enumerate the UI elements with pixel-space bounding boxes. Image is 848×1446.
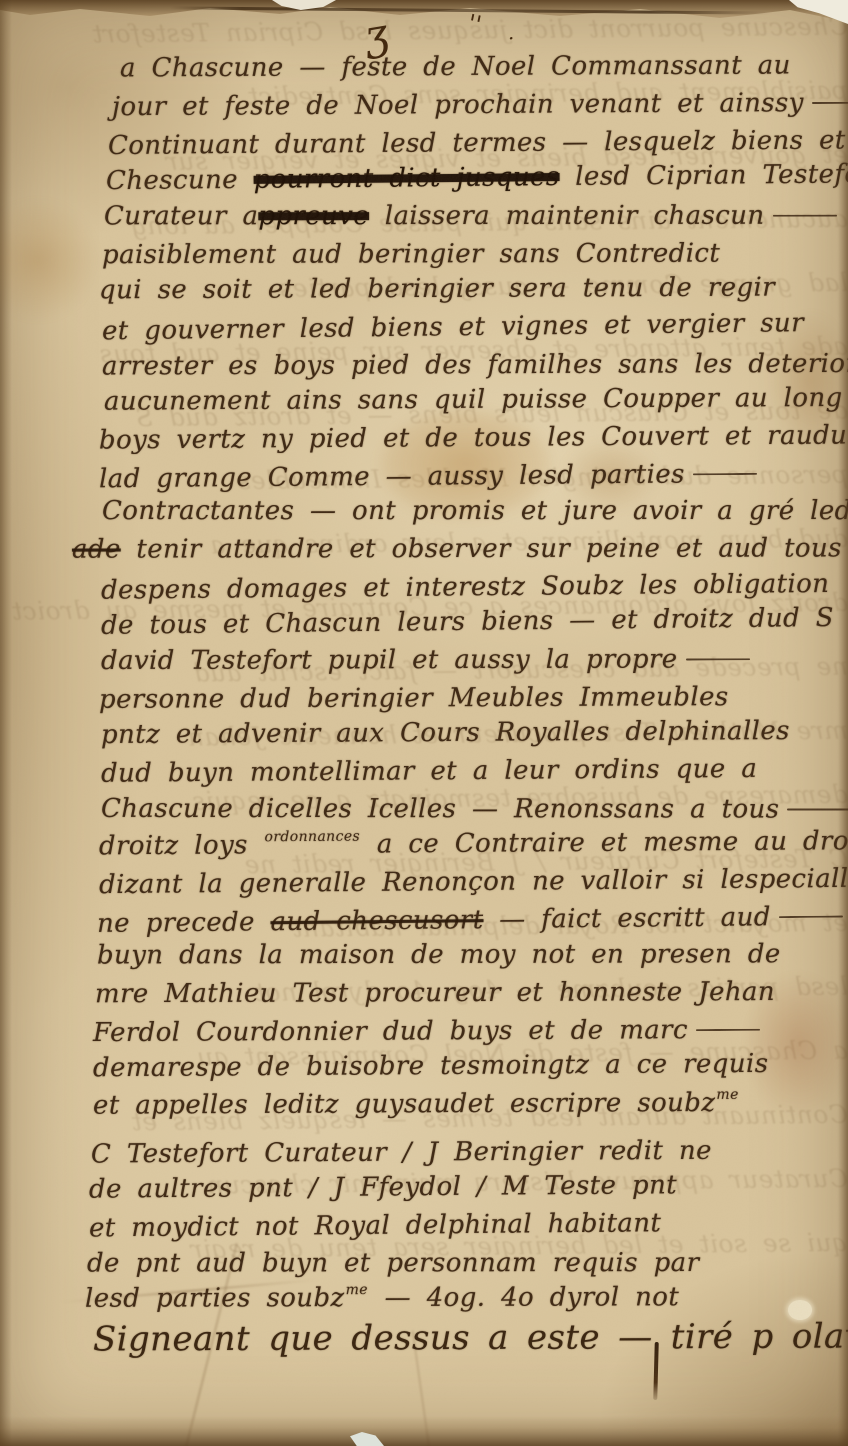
handwritten-text: — 4og. 4o dyrol not [369, 1282, 679, 1313]
handwritten-text: demarespe de buisobre tesmoingtz a ce re… [93, 1049, 769, 1083]
handwritten-text: de tous et Chascun leurs biens — et droi… [101, 603, 834, 641]
handwritten-text: boys vertz ny pied et de tous les Couver… [99, 420, 848, 455]
handwritten-text: Continuant durant lesd termes — lesquelz… [108, 125, 846, 161]
manuscript-line: paisiblement aud beringier sans Contredi… [102, 235, 848, 274]
handwritten-text: personne dud beringier Meubles Immeubles [99, 682, 729, 715]
manuscript-line: Chascune dicelles Icelles — Renonssans a… [101, 791, 848, 829]
superscript-text: me [716, 1077, 739, 1114]
handwritten-text: a Chascune — feste de Noel Commanssant a… [120, 50, 791, 83]
paper-tear [350, 1432, 384, 1446]
manuscript-line: a Chascune — feste de Noel Commanssant a… [120, 47, 848, 87]
handwritten-text: buyn dans la maison de moy not en presen… [97, 939, 781, 970]
manuscript-line: de pnt aud buyn et personnam requis par [87, 1245, 848, 1283]
manuscript-line: jour et feste de Noel prochain venant et… [112, 85, 848, 126]
handwritten-text: aucunement ains sans quil puisse Coupper… [104, 383, 843, 417]
handwritten-text: et appelles leditz guysaudet escripre so… [93, 1088, 716, 1121]
manuscript-text-block: a Chascune — feste de Noel Commanssant a… [0, 50, 848, 1362]
manuscript-page: Chescune pourront dict jusques lesd Cipr… [0, 0, 848, 1446]
handwritten-text: qui se soit et led beringier sera tenu d… [99, 273, 775, 306]
superscript-text: ordonnances [264, 819, 360, 857]
handwritten-text: a ce Contraire et mesme au droict [361, 826, 848, 860]
manuscript-line: ade tenir attandre et observer sur peine… [72, 530, 848, 568]
manuscript-line: lesd parties soubzme — 4og. 4o dyrol not [85, 1279, 848, 1318]
handwritten-text: et gouverner lesd biens et vignes et ver… [102, 308, 804, 346]
handwritten-text: Signeant que dessus a este — tiré p olav… [93, 1316, 848, 1359]
handwritten-text: — faict escritt aud [483, 902, 771, 935]
struck-out-text: ppreuve [258, 201, 369, 231]
struck-out-text: ade [72, 535, 121, 565]
paper-tear [776, 0, 848, 24]
handwritten-text: ne precede [97, 907, 271, 939]
handwritten-text: paisiblement aud beringier sans Contredi… [102, 239, 720, 271]
manuscript-line: dizant la generalle Renonçon ne valloir … [99, 861, 848, 904]
manuscript-line: de tous et Chascun leurs biens — et droi… [101, 600, 848, 645]
manuscript-line: david Testefort pupil et aussy la propre [101, 641, 848, 680]
manuscript-line: Chescune pourront dict jusques lesd Cipr… [106, 156, 848, 200]
manuscript-line: aucunement ains sans quil puisse Coupper… [104, 380, 848, 421]
manuscript-line: lad grange Comme — aussy lesd parties [99, 455, 848, 498]
manuscript-line: dud buyn montellimar et a leur ordins qu… [101, 750, 848, 792]
torn-edge-top [0, 0, 848, 26]
handwritten-text: pntz et advenir aux Cours Royalles delph… [101, 716, 790, 750]
manuscript-line: Curateur appreuve laissera maintenir cha… [104, 198, 848, 236]
handwritten-text: Ferdol Courdonnier dud buys et de marc [93, 1015, 688, 1048]
handwritten-text: droitz loys [99, 830, 264, 861]
handwritten-text: de aultres pnt ∕ J Ffeydol ∕ M Teste pnt [89, 1170, 677, 1204]
handwritten-text: Contractantes — ont promis et jure avoir… [102, 496, 848, 526]
manuscript-line: de aultres pnt ∕ J Ffeydol ∕ M Teste pnt [89, 1166, 848, 1209]
handwritten-text: C Testefort Curateur ∕ J Beringier redit… [91, 1136, 712, 1170]
ink-flourish-tail [653, 1342, 659, 1400]
manuscript-line: et gouverner lesd biens et vignes et ver… [102, 305, 848, 351]
handwritten-text: laissera maintenir chascun [369, 201, 765, 231]
struck-out-text: pourront dict jusques [254, 162, 560, 195]
handwritten-text: dizant la generalle Renonçon ne valloir … [99, 864, 848, 900]
handwritten-text: lesd parties soubz [85, 1283, 345, 1314]
manuscript-line: et appelles leditz guysaudet escripre so… [93, 1084, 848, 1124]
ink-mark: · [508, 26, 514, 50]
manuscript-line: droitz loys ordonnances a ce Contraire e… [99, 823, 848, 865]
struck-out-text: aud chescusort [270, 905, 483, 937]
handwritten-text: lesd Ciprian Testefort [559, 159, 848, 192]
fold-line [170, 6, 770, 14]
handwritten-text: lad grange Comme — aussy lesd parties [99, 459, 685, 494]
handwritten-text: et moydict not Royal delphinal habitant [89, 1208, 662, 1243]
manuscript-line: mre Mathieu Test procureur et honneste J… [95, 974, 848, 1013]
handwritten-text: tenir attandre et observer sur peine et … [121, 533, 842, 564]
handwritten-text: de pnt aud buyn et personnam requis par [87, 1248, 699, 1279]
manuscript-line: buyn dans la maison de moy not en presen… [97, 936, 848, 974]
handwritten-text: Chascune dicelles Icelles — Renonssans a… [101, 794, 779, 825]
manuscript-line: et moydict not Royal delphinal habitant [89, 1204, 848, 1248]
signature-line: Signeant que dessus a este — tiré p olav… [93, 1316, 848, 1363]
handwritten-text: Chescune [106, 165, 254, 196]
handwritten-text: dud buyn montellimar et a leur ordins qu… [101, 754, 757, 789]
manuscript-line: pntz et advenir aux Cours Royalles delph… [101, 713, 848, 754]
handwritten-text: Curateur a [104, 201, 258, 231]
paper-tear [272, 0, 336, 10]
manuscript-line: Contractantes — ont promis et jure avoir… [102, 493, 848, 530]
manuscript-line: qui se soit et led beringier sera tenu d… [99, 269, 848, 309]
handwritten-text: mre Mathieu Test procureur et honneste J… [95, 977, 775, 1009]
superscript-text: me [346, 1272, 368, 1309]
manuscript-line: boys vertz ny pied et de tous les Couver… [99, 418, 848, 460]
handwritten-text: david Testefort pupil et aussy la propre [101, 644, 678, 676]
ink-mark: '' [465, 9, 484, 39]
torn-edge-bottom [0, 1416, 848, 1446]
handwritten-text: jour et feste de Noel prochain venant et… [112, 88, 804, 122]
handwritten-text: arrester es boys pied des familhes sans … [102, 349, 848, 382]
